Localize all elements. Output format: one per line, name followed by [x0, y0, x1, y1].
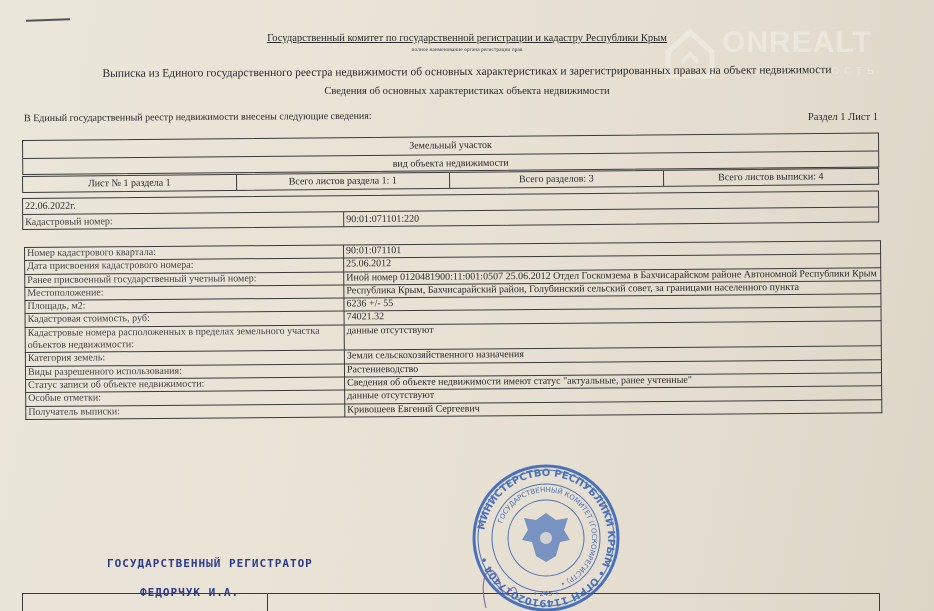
pen-mark	[26, 18, 70, 22]
intro-text: В Единый государственный реестр недвижим…	[24, 111, 372, 124]
total-sheets-section: Всего листов раздела 1: 1	[236, 173, 450, 190]
total-sections: Всего разделов: 3	[450, 171, 664, 188]
cadastral-number-label: Кадастровый номер:	[23, 212, 344, 230]
row-label: Получатель выписки:	[26, 404, 345, 420]
cadastral-number-box: 22.06.2022г. Кадастровый номер: 90:01:07…	[22, 191, 879, 230]
registration-authority: Государственный комитет по государственн…	[0, 33, 934, 44]
total-sheets-extract: Всего листов выписки: 4	[663, 169, 878, 186]
svg-text:• 245 •: • 245 •	[533, 590, 559, 598]
section-sheet-label: Раздел 1 Лист 1	[808, 112, 878, 123]
authority-caption: полное наименование органа регистрации п…	[0, 47, 934, 53]
signature-table	[22, 593, 880, 611]
section-title: Сведения об основных характеристиках объ…	[0, 86, 934, 97]
cadastral-number-value: 90:01:071101:220	[344, 212, 419, 228]
registrar-position: ГОСУДАРСТВЕННЫЙ РЕГИСТРАТОР	[107, 557, 313, 570]
official-stamp-icon: МИНИСТЕРСТВО РЕСПУБЛИКИ КРЫМ • ОГРН 1149…	[466, 458, 626, 611]
row-label: Кадастровые номера расположенных в преде…	[25, 325, 344, 353]
extract-title: Выписка из Единого государственного реес…	[0, 64, 934, 81]
characteristics-table: Номер кадастрового квартала:90:01:071101…	[24, 240, 882, 420]
sheet-of-section: Лист № 1 раздела 1	[23, 175, 237, 192]
